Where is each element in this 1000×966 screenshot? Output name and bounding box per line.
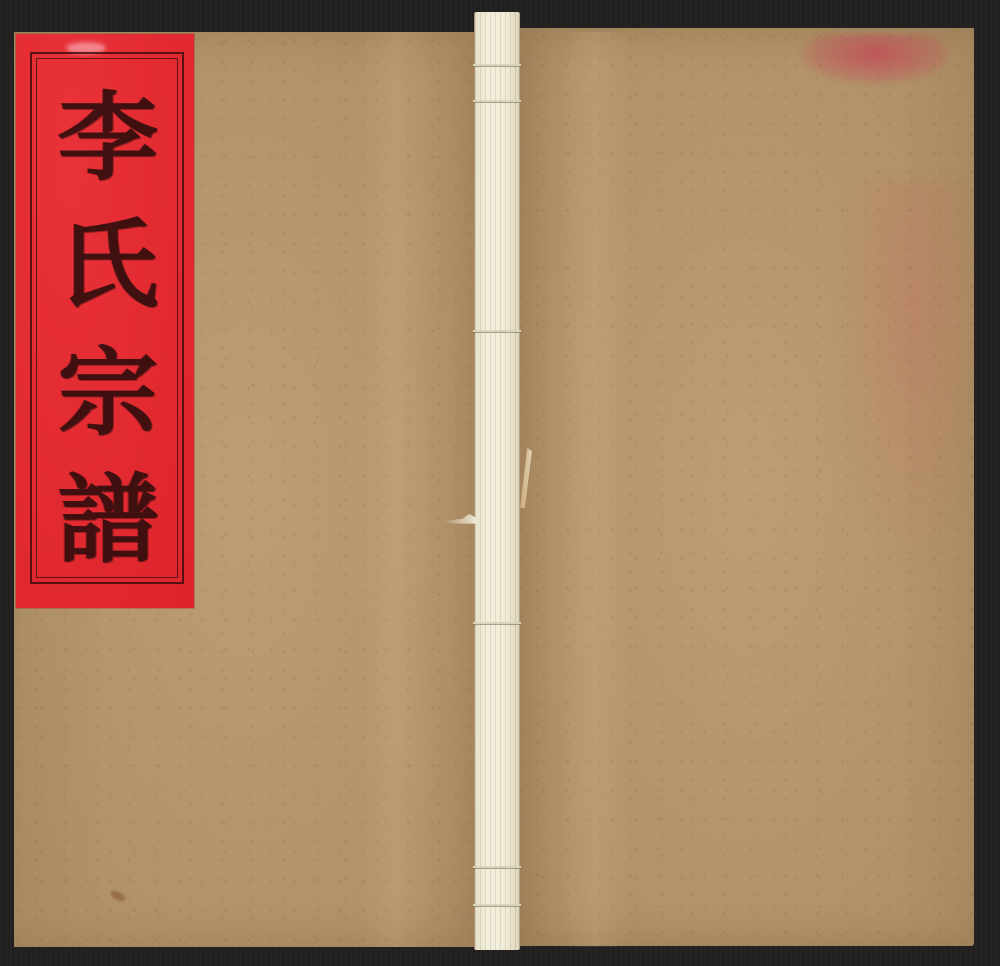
faded-red-marks — [830, 180, 970, 600]
title-char-2: 氏 — [58, 217, 159, 313]
binding-stitch — [473, 866, 521, 868]
title-label: 李 氏 宗 譜 — [16, 34, 194, 608]
book-spine — [474, 12, 520, 950]
front-cover-crease — [360, 32, 430, 947]
title-char-4: 譜 — [58, 472, 159, 568]
title-char-3: 宗 — [58, 345, 159, 441]
book-title: 李 氏 宗 譜 — [38, 74, 178, 584]
red-seal-stain — [800, 34, 950, 84]
binding-stitch — [473, 904, 521, 906]
binding-stitch — [473, 100, 521, 102]
back-cover-crease — [560, 32, 630, 947]
title-char-1: 李 — [58, 90, 159, 186]
binding-stitch — [473, 330, 521, 332]
binding-stitch — [473, 64, 521, 66]
binding-stitch — [473, 622, 521, 624]
